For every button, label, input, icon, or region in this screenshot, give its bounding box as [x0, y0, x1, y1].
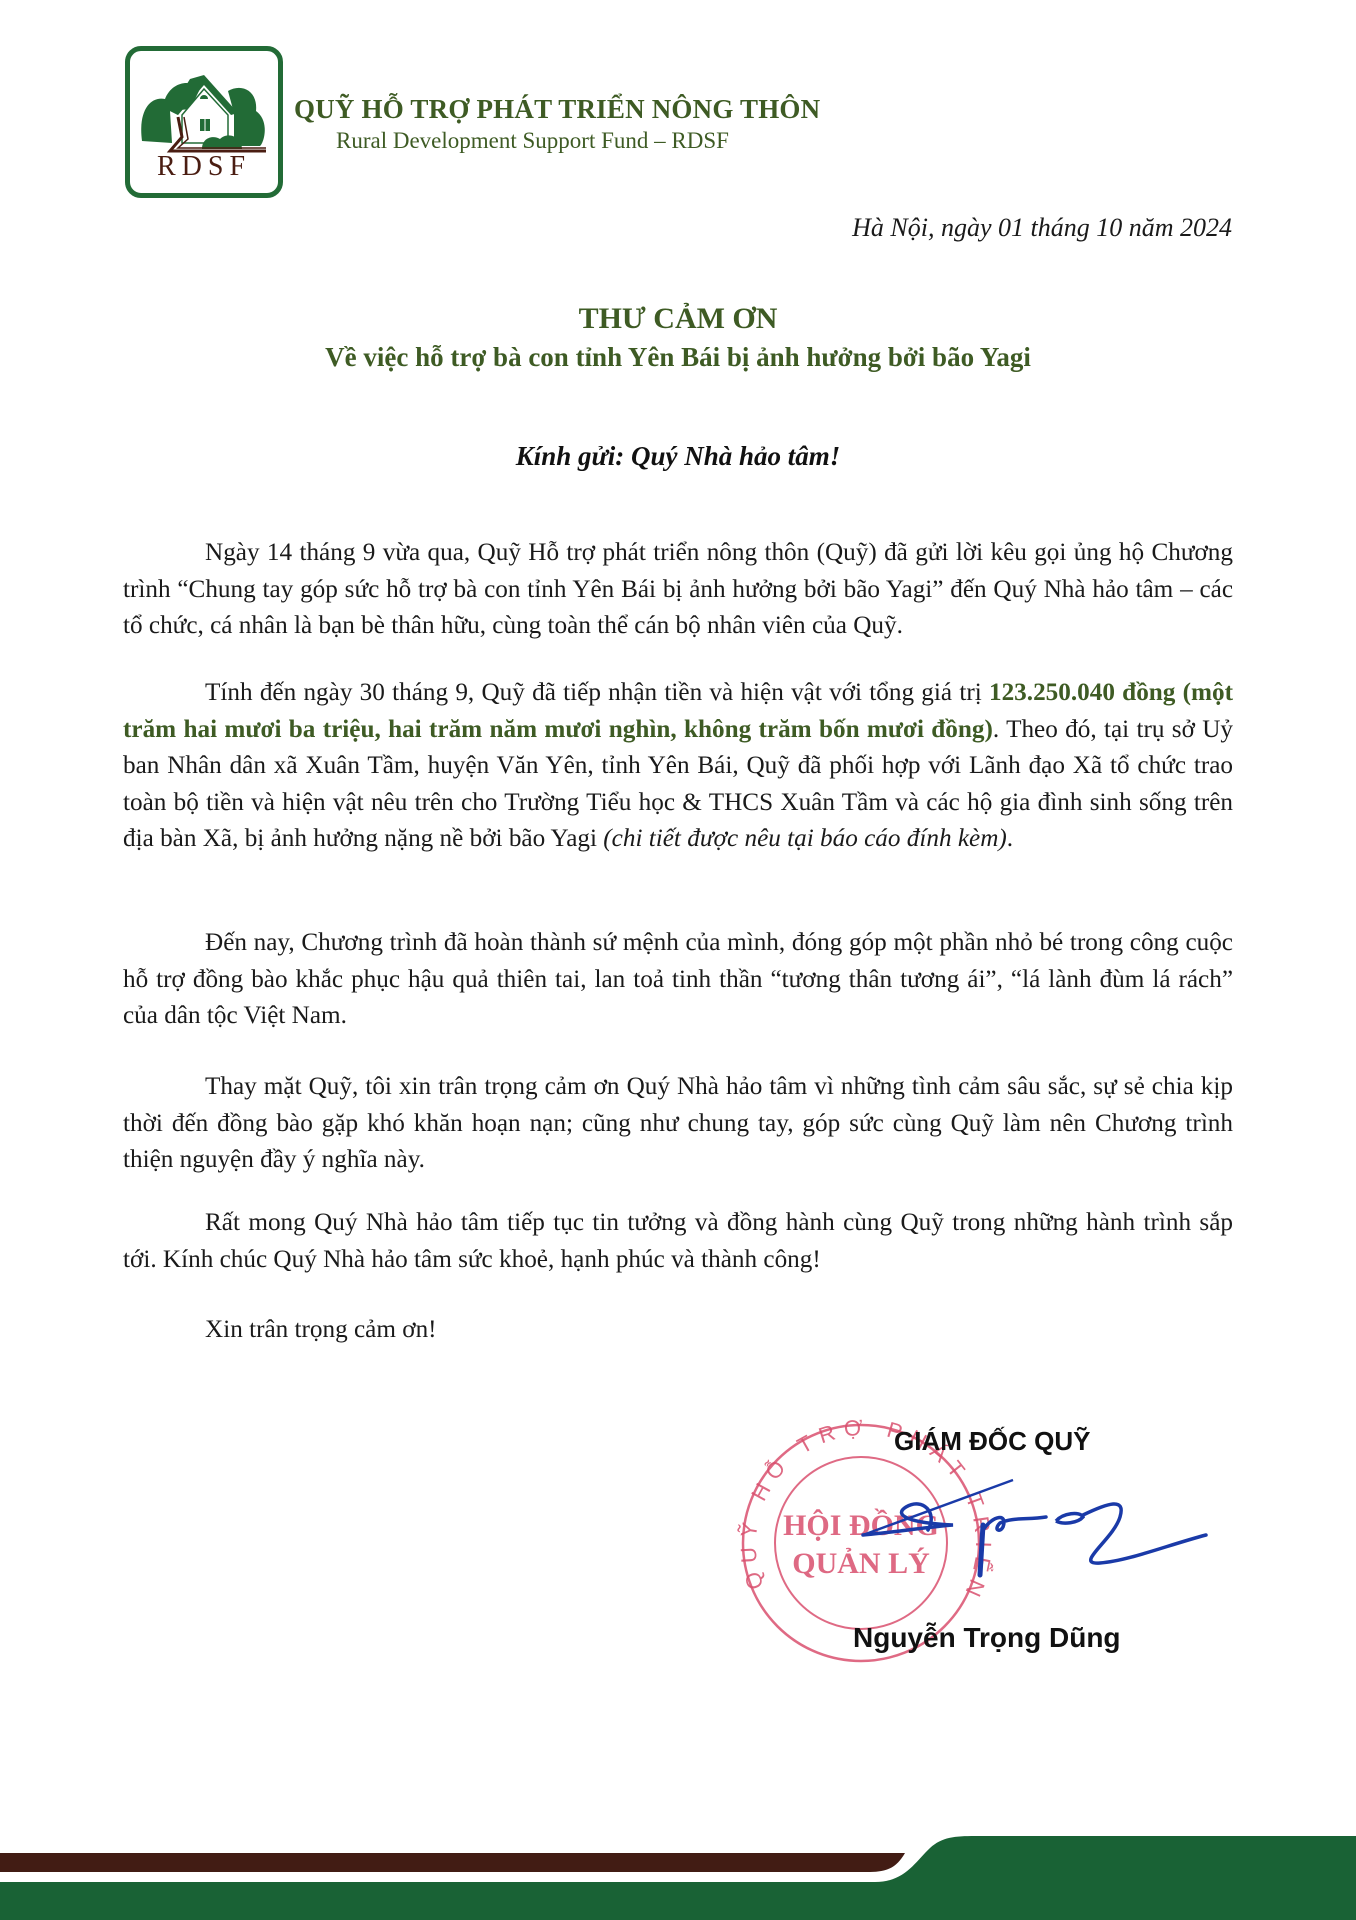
paragraph-5-text: Rất mong Quý Nhà hảo tâm tiếp tục tin tư… [123, 1205, 1233, 1278]
signature-block: QUỸ HỖ TRỢ PHÁT TRIỂN NÔNG THÔN HỘI ĐỒNG… [728, 1395, 1228, 1675]
letter-page: RDSF QUỸ HỖ TRỢ PHÁT TRIỂN NÔNG THÔN Rur… [0, 0, 1356, 1920]
paragraph-2-lead: Tính đến ngày 30 tháng 9, Quỹ đã tiếp nh… [205, 679, 989, 706]
attachment-note: (chi tiết được nêu tại báo cáo đính kèm) [603, 825, 1006, 852]
org-name: QUỸ HỖ TRỢ PHÁT TRIỂN NÔNG THÔN [294, 94, 820, 125]
salutation: Kính gửi: Quý Nhà hảo tâm! [0, 441, 1356, 472]
paragraph-2: Tính đến ngày 30 tháng 9, Quỹ đã tiếp nh… [123, 675, 1233, 858]
paragraph-3-text: Đến nay, Chương trình đã hoàn thành sứ m… [123, 925, 1233, 1035]
paragraph-1: Ngày 14 tháng 9 vừa qua, Quỹ Hỗ trợ phát… [123, 535, 1233, 645]
svg-text:HỘI ĐỒNG: HỘI ĐỒNG [783, 1508, 939, 1542]
dateline: Hà Nội, ngày 01 tháng 10 năm 2024 [852, 213, 1232, 243]
paragraph-4-text: Thay mặt Quỹ, tôi xin trân trọng cảm ơn … [123, 1069, 1233, 1179]
logo-text: RDSF [130, 151, 278, 183]
svg-text:QUẢN LÝ: QUẢN LÝ [792, 1547, 930, 1580]
org-name-english: Rural Development Support Fund – RDSF [336, 128, 729, 154]
paragraph-4: Thay mặt Quỹ, tôi xin trân trọng cảm ơn … [123, 1069, 1233, 1179]
footer-band [0, 1820, 1356, 1920]
paragraph-5: Rất mong Quý Nhà hảo tâm tiếp tục tin tư… [123, 1205, 1233, 1278]
paragraph-3: Đến nay, Chương trình đã hoàn thành sứ m… [123, 925, 1233, 1035]
letter-subtitle: Về việc hỗ trợ bà con tỉnh Yên Bái bị ản… [0, 342, 1356, 373]
rdsf-logo: RDSF [125, 46, 283, 198]
letter-title: THƯ CẢM ƠN [0, 302, 1356, 336]
paragraph-2-end: . [1007, 825, 1013, 852]
closing-line-text: Xin trân trọng cảm ơn! [123, 1312, 1233, 1349]
signatory-name: Nguyễn Trọng Dũng [853, 1622, 1121, 1654]
paragraph-1-text: Ngày 14 tháng 9 vừa qua, Quỹ Hỗ trợ phát… [123, 535, 1233, 645]
closing-line: Xin trân trọng cảm ơn! [123, 1312, 1233, 1349]
signatory-title: GIÁM ĐỐC QUỸ [894, 1426, 1090, 1457]
